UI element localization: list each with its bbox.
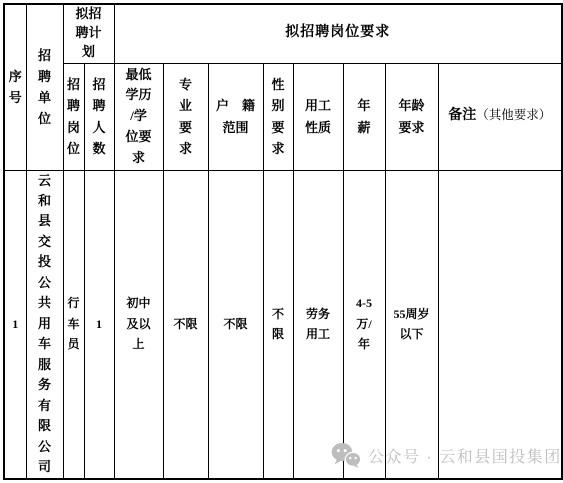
- header-position: 招 聘 岗 位: [63, 63, 84, 170]
- header-employment-type: 用工 性质: [293, 63, 343, 170]
- header-recruit-plan: 拟招 聘计 划: [63, 4, 114, 63]
- row-age: 55周岁 以下: [385, 170, 438, 479]
- header-remarks: 备注（其他要求）: [438, 63, 562, 170]
- row-annual-salary: 4-5 万/ 年: [343, 170, 385, 479]
- header-major: 专 业 要 求: [163, 63, 208, 170]
- row-remarks: [438, 170, 562, 479]
- page: 序 号 招 聘 单 位 拟招 聘计 划 拟招聘岗位要求 招 聘 岗 位 招 聘 …: [0, 0, 563, 483]
- header-gender: 性 别 要 求: [263, 63, 293, 170]
- header-employer: 招 聘 单 位: [26, 4, 63, 170]
- row-serial-no: 1: [4, 170, 26, 479]
- row-headcount: 1: [84, 170, 114, 479]
- header-remarks-note: （其他要求）: [476, 108, 551, 122]
- row-major: 不限: [163, 170, 208, 479]
- header-position-requirements: 拟招聘岗位要求: [114, 4, 562, 63]
- header-serial-no: 序 号: [4, 4, 26, 170]
- row-employment-type: 劳务 用工: [293, 170, 343, 479]
- row-gender: 不 限: [263, 170, 293, 479]
- row-min-education: 初中 及以 上: [114, 170, 163, 479]
- header-remarks-label: 备注: [448, 108, 476, 123]
- row-employer: 云 和 县 交 投 公 共 用 车 服 务 有 限 公 司: [26, 170, 63, 479]
- header-min-education: 最低 学历 /学 位要 求: [114, 63, 163, 170]
- header-age: 年龄 要求: [385, 63, 438, 170]
- header-household: 户 籍 范围: [208, 63, 263, 170]
- header-headcount: 招 聘 人 数: [84, 63, 114, 170]
- row-position: 行 车 员: [63, 170, 84, 479]
- recruitment-table: 序 号 招 聘 单 位 拟招 聘计 划 拟招聘岗位要求 招 聘 岗 位 招 聘 …: [3, 3, 563, 480]
- header-annual-salary: 年 薪: [343, 63, 385, 170]
- row-household: 不限: [208, 170, 263, 479]
